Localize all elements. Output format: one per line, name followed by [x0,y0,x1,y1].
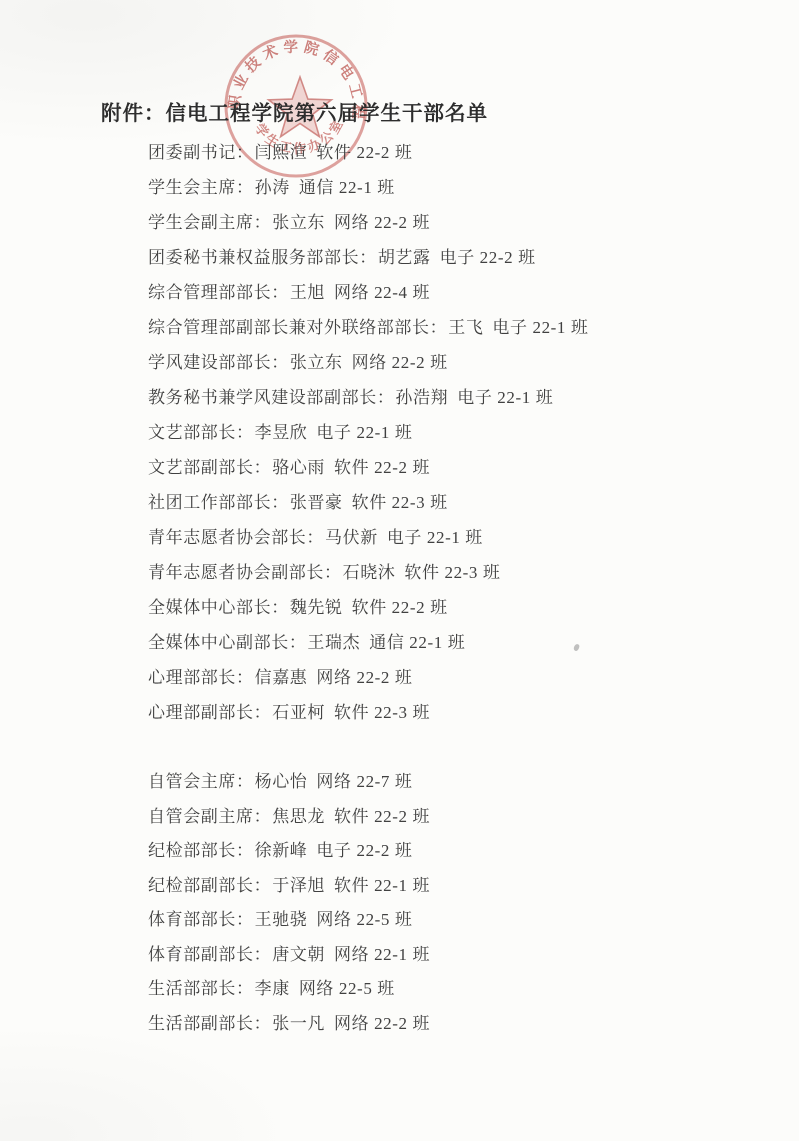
class-label: 软件 22-2 班 [316,143,412,162]
colon-separator: ： [236,910,254,929]
role-label: 团委副书记 [148,143,236,162]
person-name: 胡艺露 [378,248,431,267]
roster-line: 文艺部部长：李昱欣电子 22-1 班 [148,415,588,450]
colon-separator: ： [254,1014,272,1033]
person-name: 于泽旭 [272,876,325,895]
person-name: 石亚柯 [272,703,325,722]
roster-line: 自管会副主席：焦思龙软件 22-2 班 [148,800,430,835]
colon-separator: ： [254,458,272,477]
roster-line: 全媒体中心副部长：王瑞杰通信 22-1 班 [148,625,588,660]
colon-separator: ： [254,945,272,964]
roster-line: 纪检部部长：徐新峰电子 22-2 班 [148,834,430,869]
roster-line: 文艺部副部长：骆心雨软件 22-2 班 [148,450,588,485]
class-label: 软件 22-3 班 [334,703,430,722]
roster-line: 团委秘书兼权益服务部部长：胡艺露电子 22-2 班 [148,240,588,275]
role-label: 青年志愿者协会副部长 [148,563,324,582]
person-name: 焦思龙 [272,807,325,826]
person-name: 闫熙渲 [255,143,308,162]
colon-separator: ： [236,143,254,162]
role-label: 全媒体中心部长 [148,598,271,617]
class-label: 电子 22-1 班 [387,528,483,547]
roster-line: 教务秘书兼学风建设部副部长：孙浩翔电子 22-1 班 [148,380,588,415]
roster-line: 学风建设部部长：张立东网络 22-2 班 [148,345,588,380]
role-label: 学生会主席 [148,178,236,197]
colon-separator: ： [271,283,289,302]
role-label: 纪检部副部长 [148,876,254,895]
role-label: 教务秘书兼学风建设部副部长 [148,388,377,407]
class-label: 通信 22-1 班 [299,178,395,197]
colon-separator: ： [271,493,289,512]
colon-separator: ： [377,388,395,407]
role-label: 综合管理部副部长兼对外联络部部长 [148,318,430,337]
colon-separator: ： [236,668,254,687]
roster-group-1: 团委副书记：闫熙渲软件 22-2 班 学生会主席：孙涛通信 22-1 班 学生会… [148,135,588,730]
class-label: 软件 22-2 班 [334,458,430,477]
roster-line: 心理部部长：信嘉惠网络 22-2 班 [148,660,588,695]
person-name: 徐新峰 [255,841,308,860]
role-label: 生活部副部长 [148,1014,254,1033]
role-label: 文艺部部长 [148,423,236,442]
roster-line: 社团工作部部长：张晋豪软件 22-3 班 [148,485,588,520]
class-label: 网络 22-4 班 [334,283,430,302]
roster-line: 自管会主席：杨心怡网络 22-7 班 [148,765,430,800]
role-label: 青年志愿者协会部长 [148,528,306,547]
colon-separator: ： [236,841,254,860]
colon-separator: ： [254,213,272,232]
person-name: 孙涛 [255,178,290,197]
role-label: 生活部部长 [148,979,236,998]
role-label: 纪检部部长 [148,841,236,860]
person-name: 骆心雨 [272,458,325,477]
colon-separator: ： [236,423,254,442]
colon-separator: ： [306,528,324,547]
class-label: 电子 22-2 班 [316,841,412,860]
class-label: 软件 22-3 班 [404,563,500,582]
colon-separator: ： [254,876,272,895]
colon-separator: ： [324,563,342,582]
roster-line: 综合管理部副部长兼对外联络部部长：王飞电子 22-1 班 [148,310,588,345]
role-label: 自管会副主席 [148,807,254,826]
colon-separator: ： [271,598,289,617]
scanned-document-page: 职业技术学院信电工程 学生工作办公室 附件：信电工程学院第六届学生干部名单 团委… [0,0,799,1141]
colon-separator: ： [289,633,307,652]
role-label: 综合管理部部长 [148,283,271,302]
role-label: 学生会副主席 [148,213,254,232]
colon-separator: ： [254,703,272,722]
class-label: 网络 22-5 班 [316,910,412,929]
roster-line: 青年志愿者协会副部长：石晓沐软件 22-3 班 [148,555,588,590]
class-label: 网络 22-7 班 [316,772,412,791]
person-name: 李康 [255,979,290,998]
roster-line: 学生会主席：孙涛通信 22-1 班 [148,170,588,205]
person-name: 魏先锐 [290,598,343,617]
roster-line: 体育部副部长：唐文朝网络 22-1 班 [148,938,430,973]
person-name: 李昱欣 [255,423,308,442]
role-label: 全媒体中心副部长 [148,633,289,652]
person-name: 杨心怡 [255,772,308,791]
class-label: 电子 22-2 班 [440,248,536,267]
person-name: 王瑞杰 [307,633,360,652]
class-label: 软件 22-3 班 [352,493,448,512]
class-label: 通信 22-1 班 [369,633,465,652]
roster-line: 青年志愿者协会部长：马伏新电子 22-1 班 [148,520,588,555]
page-title: 附件：信电工程学院第六届学生干部名单 [101,96,488,126]
role-label: 社团工作部部长 [148,493,271,512]
roster-line: 心理部副部长：石亚柯软件 22-3 班 [148,695,588,730]
role-label: 文艺部副部长 [148,458,254,477]
roster-line: 综合管理部部长：王旭网络 22-4 班 [148,275,588,310]
role-label: 体育部部长 [148,910,236,929]
role-label: 团委秘书兼权益服务部部长 [148,248,359,267]
class-label: 电子 22-1 班 [457,388,553,407]
class-label: 软件 22-2 班 [334,807,430,826]
person-name: 石晓沐 [343,563,396,582]
colon-separator: ： [271,353,289,372]
class-label: 软件 22-1 班 [334,876,430,895]
roster-line: 团委副书记：闫熙渲软件 22-2 班 [148,135,588,170]
roster-line: 纪检部副部长：于泽旭软件 22-1 班 [148,869,430,904]
class-label: 网络 22-5 班 [299,979,395,998]
colon-separator: ： [359,248,377,267]
person-name: 马伏新 [325,528,378,547]
class-label: 软件 22-2 班 [352,598,448,617]
colon-separator: ： [430,318,448,337]
role-label: 心理部副部长 [148,703,254,722]
person-name: 王旭 [290,283,325,302]
person-name: 张一凡 [272,1014,325,1033]
role-label: 自管会主席 [148,772,236,791]
class-label: 网络 22-2 班 [334,1014,430,1033]
class-label: 网络 22-2 班 [316,668,412,687]
roster-line: 学生会副主席：张立东网络 22-2 班 [148,205,588,240]
class-label: 网络 22-2 班 [334,213,430,232]
person-name: 张立东 [290,353,343,372]
person-name: 孙浩翔 [395,388,448,407]
colon-separator: ： [236,178,254,197]
role-label: 学风建设部部长 [148,353,271,372]
roster-line: 全媒体中心部长：魏先锐软件 22-2 班 [148,590,588,625]
person-name: 信嘉惠 [255,668,308,687]
person-name: 张晋豪 [290,493,343,512]
colon-separator: ： [236,772,254,791]
colon-separator: ： [254,807,272,826]
class-label: 电子 22-1 班 [492,318,588,337]
roster-line: 体育部部长：王驰骁网络 22-5 班 [148,903,430,938]
class-label: 电子 22-1 班 [316,423,412,442]
colon-separator: ： [236,979,254,998]
person-name: 王飞 [448,318,483,337]
person-name: 王驰骁 [255,910,308,929]
class-label: 网络 22-2 班 [352,353,448,372]
role-label: 心理部部长 [148,668,236,687]
roster-line: 生活部副部长：张一凡网络 22-2 班 [148,1007,430,1042]
person-name: 张立东 [272,213,325,232]
person-name: 唐文朝 [272,945,325,964]
roster-group-2: 自管会主席：杨心怡网络 22-7 班 自管会副主席：焦思龙软件 22-2 班 纪… [148,765,430,1041]
roster-line: 生活部部长：李康网络 22-5 班 [148,972,430,1007]
class-label: 网络 22-1 班 [334,945,430,964]
role-label: 体育部副部长 [148,945,254,964]
